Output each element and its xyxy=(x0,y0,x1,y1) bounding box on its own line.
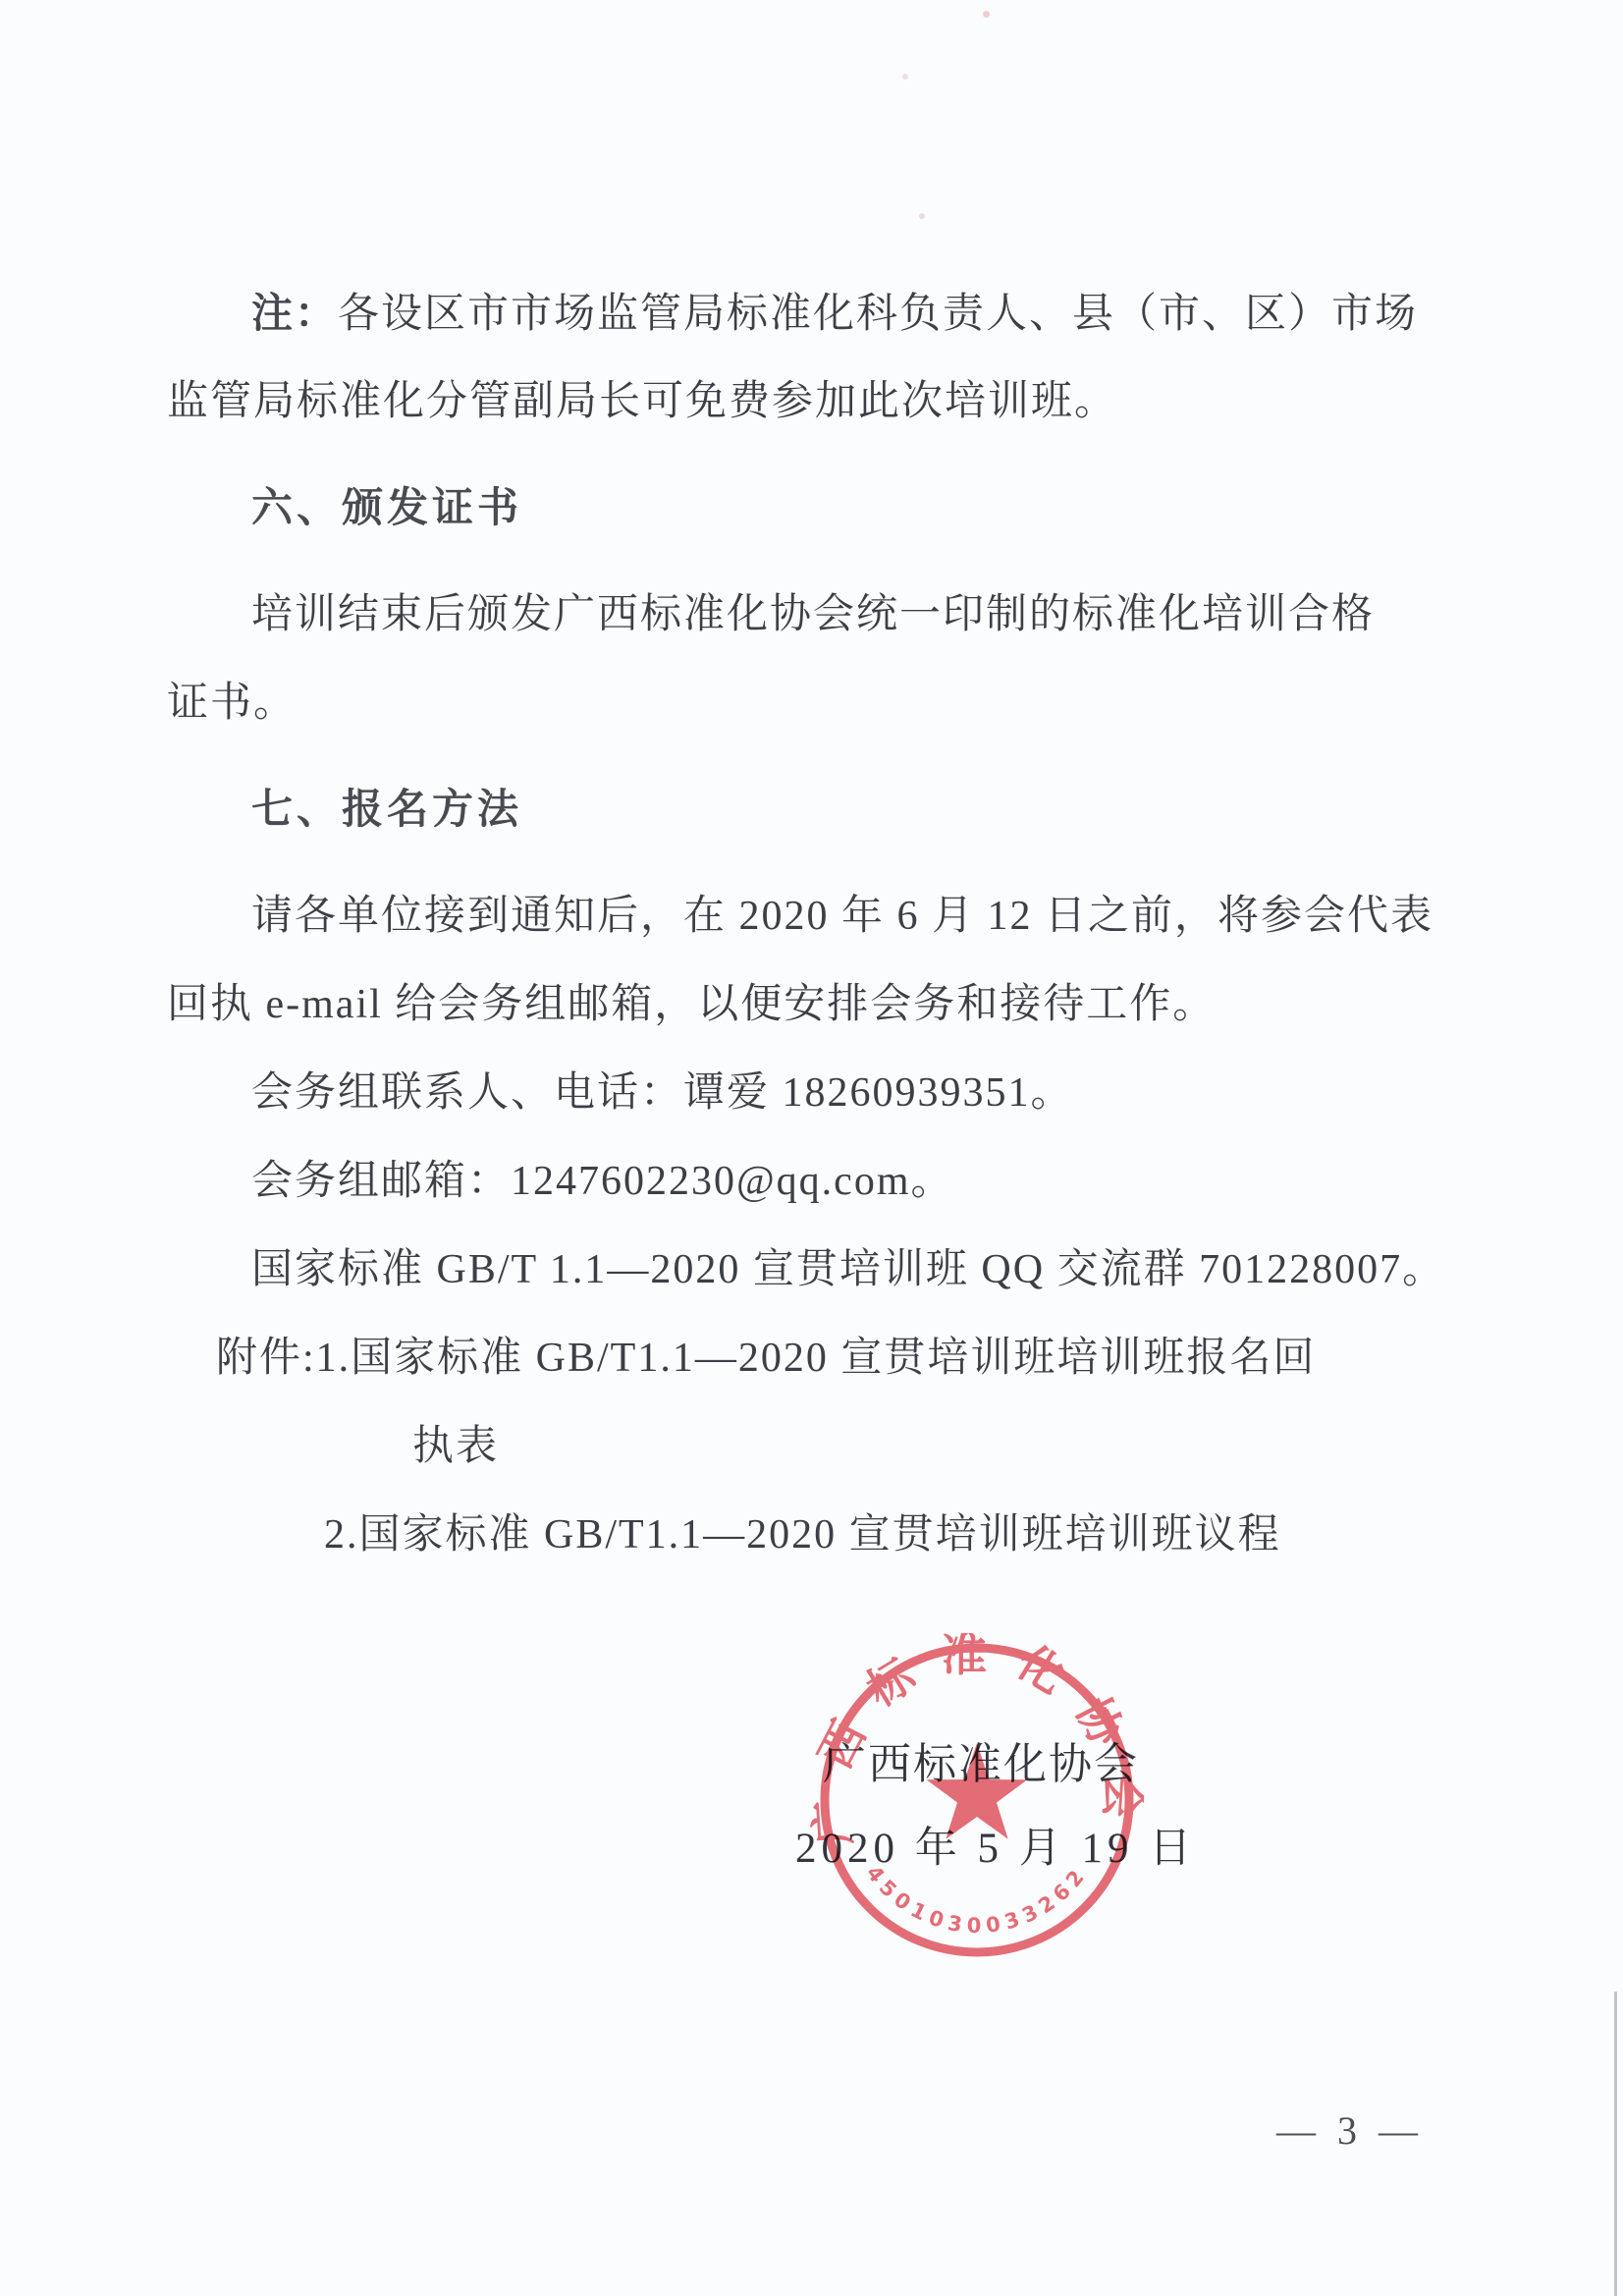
attachment-line-2: 执表 xyxy=(412,1402,1483,1491)
document-body: 注：各设区市市场监管局标准化科负责人、县（市、区）市场 监管局标准化分管副局长可… xyxy=(167,269,1483,1579)
qq-group-line: 国家标准 GB/T 1.1—2020 宣贯培训班 QQ 交流群 70122800… xyxy=(251,1226,1483,1314)
section-6-line-1: 培训结束后颁发广西标准化协会统一印制的标准化培训合格 xyxy=(251,571,1483,659)
section-6-heading: 六、颁发证书 xyxy=(251,464,1483,552)
signature-organization: 广西标准化协会 xyxy=(823,1740,1127,1789)
section-7-heading: 七、报名方法 xyxy=(251,765,1483,853)
scan-edge-artifact xyxy=(1614,1992,1617,2296)
scanned-document-page: 注：各设区市市场监管局标准化科负责人、县（市、区）市场 监管局标准化分管副局长可… xyxy=(0,0,1623,2296)
scan-speck xyxy=(919,213,925,219)
note-paragraph-line-1: 注：各设区市市场监管局标准化科负责人、县（市、区）市场 xyxy=(251,269,1483,357)
official-seal: 广西标准化协会 4501030033262 xyxy=(810,1633,1144,1967)
seal-graphic: 广西标准化协会 4501030033262 xyxy=(810,1633,1144,1967)
scan-speck xyxy=(983,11,990,18)
contact-line: 会务组联系人、电话：谭爱 18260939351。 xyxy=(251,1049,1483,1137)
signature-date: 2020 年 5 月 19 日 xyxy=(795,1825,1139,1874)
page-number: — 3 — xyxy=(1276,2107,1424,2154)
note-label: 注： xyxy=(251,290,338,336)
note-paragraph-line-2: 监管局标准化分管副局长可免费参加此次培训班。 xyxy=(167,357,1483,446)
attachment-line-3: 2.国家标准 GB/T1.1—2020 宣贯培训班培训班议程 xyxy=(324,1491,1483,1579)
section-6-line-2: 证书。 xyxy=(167,659,1483,747)
email-line: 会务组邮箱：1247602230@qq.com。 xyxy=(251,1137,1483,1226)
attachment-line-1: 附件:1.国家标准 GB/T1.1—2020 宣贯培训班培训班报名回 xyxy=(216,1314,1483,1402)
section-7-line-1: 请各单位接到通知后，在 2020 年 6 月 12 日之前，将参会代表 xyxy=(251,872,1483,960)
scan-speck xyxy=(902,74,908,80)
section-7-line-2: 回执 e-mail 给会务组邮箱，以便安排会务和接待工作。 xyxy=(167,960,1483,1049)
note-text: 各设区市市场监管局标准化科负责人、县（市、区）市场 xyxy=(338,292,1418,337)
